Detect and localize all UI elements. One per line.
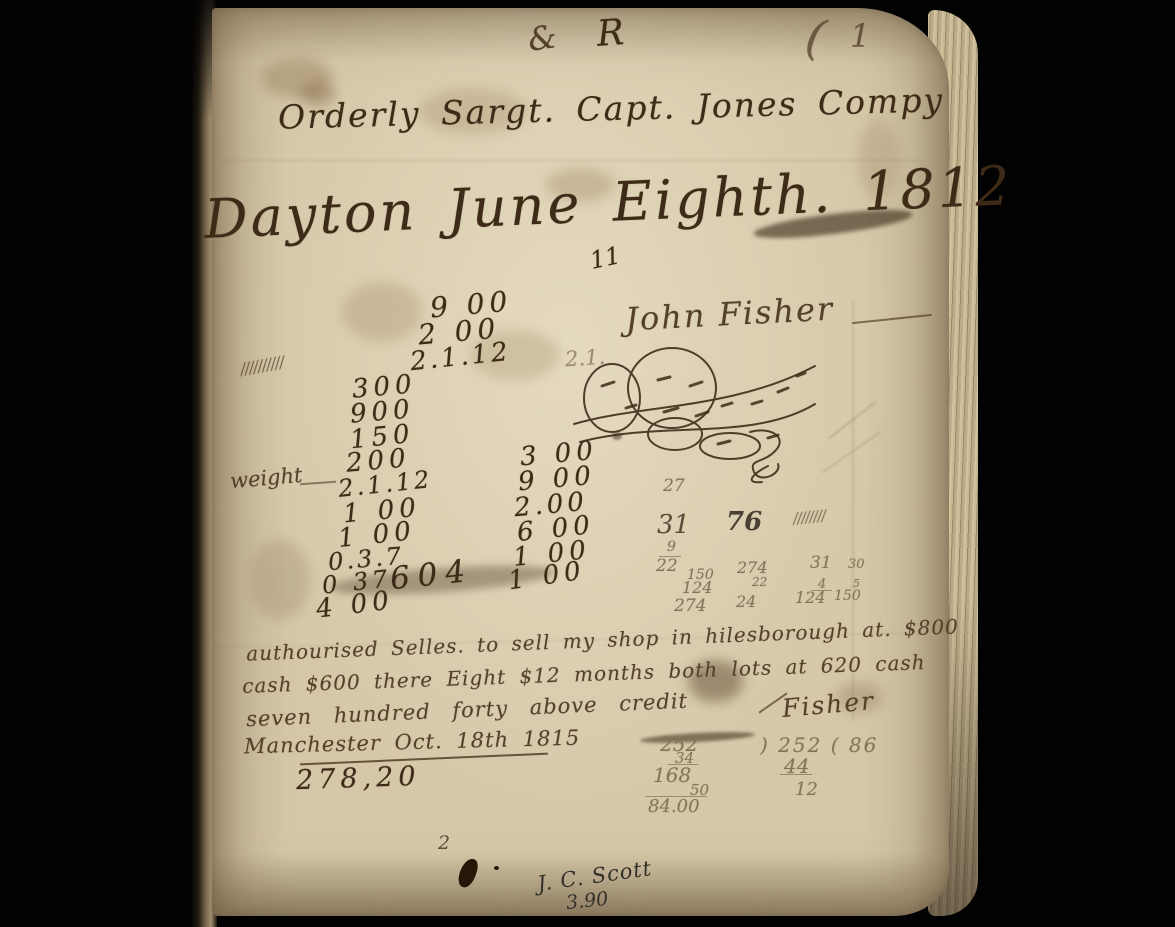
pencil-figure: 274: [737, 560, 768, 576]
owner-signature: John Fisher: [624, 293, 835, 336]
overwritten-figure: 604: [389, 556, 475, 596]
pencil-figure: 9: [667, 540, 676, 554]
pencil-figure: 124: [795, 590, 826, 606]
paper-crease: [220, 160, 920, 161]
top-flourish-mark: &: [526, 20, 559, 56]
pencil-figure: 31: [810, 555, 832, 572]
paper-stain: [250, 540, 310, 620]
top-letter-mark: R: [596, 15, 626, 53]
stray-figure: 2: [438, 834, 450, 853]
fraction-bar: [780, 774, 812, 775]
pencil-division: ) 252 ( 86: [760, 735, 878, 755]
pencil-figure: 22: [752, 576, 767, 588]
pencil-figure: 76: [726, 509, 762, 535]
pencil-figure: 84.00: [648, 798, 700, 816]
pencil-figure: 31: [657, 512, 690, 538]
memo-total: 278,20: [296, 763, 421, 794]
pencil-figure: 22: [656, 558, 678, 575]
memo-signature: Fisher: [781, 688, 876, 721]
pencil-figure: 124: [682, 580, 713, 596]
paper-stain: [342, 282, 422, 342]
pencil-figure: 12: [795, 781, 818, 799]
pencil-figure: 274: [674, 598, 706, 615]
photograph-of-open-notebook: & R ( 1 Orderly Sargt. Capt. Jones Compy…: [0, 0, 1175, 927]
ditto-mark: 11: [588, 243, 623, 273]
hatch-marks-right: ////////: [792, 508, 826, 526]
pencil-figure: 24: [736, 594, 756, 610]
faint-figure: 2.1.: [564, 347, 605, 371]
pencil-figure: 44: [784, 756, 809, 776]
pen-flourish-doodle: [572, 346, 817, 486]
pencil-figure: 30: [848, 558, 865, 571]
page-number: 1: [850, 20, 870, 52]
pencil-figure: 150: [834, 589, 861, 603]
pencil-figure: 27: [663, 478, 685, 495]
ink-speck: [494, 866, 499, 870]
pencil-figure: 168: [653, 765, 691, 785]
footer-number: 3.90: [565, 890, 609, 913]
